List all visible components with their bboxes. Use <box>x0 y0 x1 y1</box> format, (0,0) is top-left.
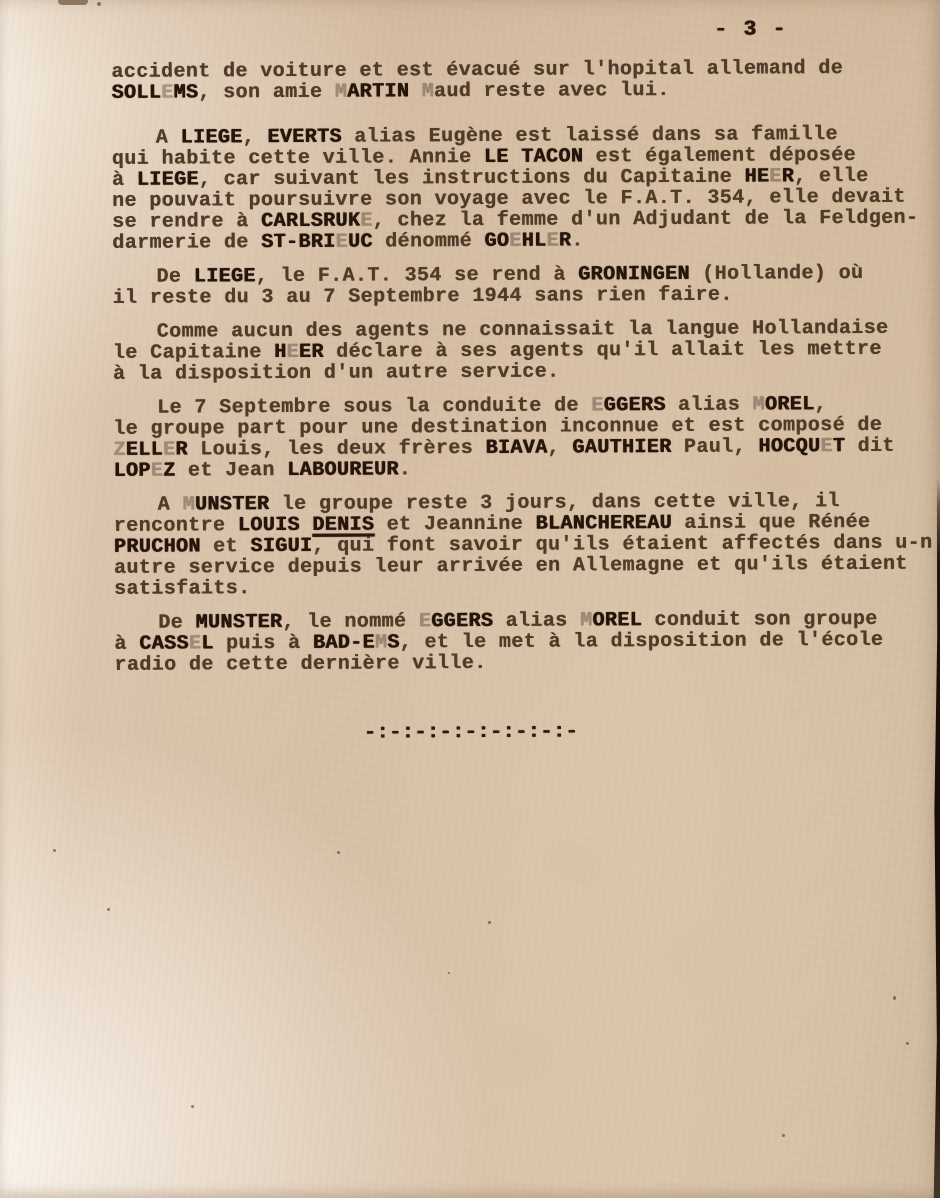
name-text: T <box>833 435 846 458</box>
body-text: déclare à ses agents qu'il allait les me… <box>324 338 882 364</box>
body-text: , chez la femme d'un Adjudant de la Feld… <box>373 207 919 233</box>
name-text: ST-BRI <box>261 231 336 254</box>
name-text: PRUCHON <box>114 535 201 558</box>
page-number: - 3 - <box>714 19 787 40</box>
name-text: GGERS <box>604 394 666 417</box>
body-text <box>300 514 313 537</box>
typewritten-content: - 3 - accident de voiture et est évacué … <box>0 0 940 1198</box>
text-line: darmerie de ST-BRIEUC dénommé GOEHLER. <box>112 229 924 254</box>
text-line: radio de cette dernière ville. <box>114 651 926 676</box>
body-text: (Hollande) où <box>690 262 864 286</box>
name-text: MUNSTER <box>195 611 282 634</box>
name-text: M <box>580 609 593 632</box>
name-text: LIEGE <box>194 265 256 288</box>
name-text: E <box>161 82 174 105</box>
body-text: . <box>571 229 584 252</box>
body-text: alias <box>493 609 580 632</box>
name-text: E <box>163 439 176 462</box>
name-text: Z <box>163 460 176 483</box>
name-text: E <box>820 435 833 458</box>
paragraph: Comme aucun des agents ne connaissait la… <box>113 318 925 385</box>
name-text: M <box>752 393 765 416</box>
text-line: LOPEZ et Jean LABOUREUR. <box>113 457 925 482</box>
name-text: GGERS <box>431 610 493 633</box>
name-text: E <box>151 460 164 483</box>
name-text: LOP <box>113 460 150 483</box>
name-text: M <box>375 631 388 654</box>
name-text: LABOUREUR <box>287 458 399 482</box>
body-text: De <box>158 611 195 634</box>
name-text: H <box>274 341 287 364</box>
name-text: E <box>419 610 432 633</box>
name-text: E <box>769 165 782 188</box>
text-line: autre service depuis leur arrivée en All… <box>114 554 926 579</box>
paragraph: Le 7 Septembre sous la conduite de EGGER… <box>113 394 925 482</box>
body-text: Paul, <box>671 435 758 458</box>
name-text: M <box>421 80 434 103</box>
name-text: UC <box>348 231 373 254</box>
paragraphs: accident de voiture et est évacué sur l'… <box>111 58 927 745</box>
paragraph: A LIEGE, EVERTS alias Eugène est laissé … <box>112 124 925 254</box>
name-text: DENIS <box>312 514 374 537</box>
body-text: dit <box>845 435 895 458</box>
paragraph: A MUNSTER le groupe reste 3 jours, dans … <box>114 491 927 600</box>
body-text: , elle <box>794 165 869 188</box>
name-text: EVERTS <box>267 126 342 149</box>
body-text: à <box>114 633 139 656</box>
name-text: SIGUI <box>250 535 312 558</box>
body-text: et Jean <box>175 459 287 483</box>
text-line: à la disposition d'un autre service. <box>113 360 925 385</box>
body-text: , <box>242 126 267 149</box>
body-text: aud reste avec lui. <box>434 79 670 103</box>
name-text: ARTIN <box>347 80 409 103</box>
name-text: E <box>360 210 373 233</box>
name-text: R <box>175 438 188 461</box>
body-text: A <box>156 127 181 150</box>
name-text: E <box>335 231 348 254</box>
name-text: CARLSRUK <box>261 210 360 234</box>
name-text: GAUTHIER <box>572 436 671 460</box>
separator-line: -:-:-:-:-:-:-:-:- <box>115 720 927 745</box>
name-text: LIEGE <box>137 168 199 191</box>
body-text: à la disposition d'un autre service. <box>113 361 560 386</box>
body-text: , <box>814 393 827 416</box>
body-text: puis à <box>214 632 313 656</box>
body-text: satisfaits. <box>114 577 251 601</box>
name-text: L <box>201 632 214 655</box>
body-text: à <box>112 169 137 192</box>
name-text: BAD-E <box>313 632 375 655</box>
body-text: il reste du 3 au 7 Septembre 1944 sans r… <box>112 284 732 310</box>
scanned-document-page: - 3 - accident de voiture et est évacué … <box>0 0 940 1198</box>
text-line: il reste du 3 au 7 Septembre 1944 sans r… <box>113 284 925 309</box>
name-text: HOCQU <box>758 435 820 458</box>
text-line: SOLLEMS, son amie MARTIN Maud reste avec… <box>111 79 923 104</box>
name-text: GRONINGEN <box>578 263 690 287</box>
body-text: , son amie <box>198 81 335 105</box>
body-text: , <box>547 436 572 459</box>
name-text: OREL <box>592 609 642 632</box>
name-text: UNSTER <box>195 493 270 516</box>
body-text: dénommé <box>373 230 485 254</box>
name-text: R <box>559 229 572 252</box>
body-text <box>409 80 422 103</box>
name-text: R <box>782 165 795 188</box>
name-text: E <box>591 394 604 417</box>
name-text: E <box>509 230 522 253</box>
name-text: S <box>387 631 400 654</box>
name-text: LOUIS <box>238 514 300 537</box>
body-text: , et le met à la disposition de l'école <box>400 629 884 655</box>
body-text: alias <box>666 394 753 417</box>
name-text: MS <box>173 81 198 104</box>
name-text: GO <box>484 230 509 253</box>
name-text: BIAVA <box>485 437 547 460</box>
text-line: à CASSEL puis à BAD-EMS, et le met à la … <box>114 630 926 655</box>
body-text: . <box>399 458 412 481</box>
body-text: radio de cette dernière ville. <box>114 652 486 677</box>
name-text: E <box>286 341 299 364</box>
paragraph: De LIEGE, le F.A.T. 354 se rend à GRONIN… <box>112 263 924 309</box>
name-text: LE TACON <box>484 145 583 169</box>
name-text: HL <box>522 230 547 253</box>
body-text: rencontre <box>114 514 238 538</box>
name-text: E <box>546 230 559 253</box>
name-text: CASS <box>139 632 189 655</box>
paragraph: accident de voiture et est évacué sur l'… <box>111 58 923 104</box>
name-text: SOLL <box>111 82 161 105</box>
body-text: A <box>158 494 183 517</box>
name-text: ELL <box>126 439 163 462</box>
body-text: et <box>201 535 251 558</box>
name-text: Z <box>113 439 126 462</box>
name-text: HE <box>744 165 769 188</box>
name-text: LIEGE <box>180 126 242 149</box>
body-text: darmerie de <box>112 231 261 255</box>
name-text: ER <box>299 341 324 364</box>
paragraph: De MUNSTER, le nommé EGGERS alias MOREL … <box>114 609 926 676</box>
name-text: E <box>189 632 202 655</box>
name-text: M <box>182 493 195 516</box>
body-text: De <box>156 265 193 288</box>
name-text: M <box>335 81 348 104</box>
text-line: satisfaits. <box>114 575 926 600</box>
name-text: OREL <box>765 393 815 416</box>
text-line: ZELLER Louis, les deux frères BIAVA, GAU… <box>113 436 925 461</box>
body-text: autre service depuis leur arrivée en All… <box>114 553 908 580</box>
